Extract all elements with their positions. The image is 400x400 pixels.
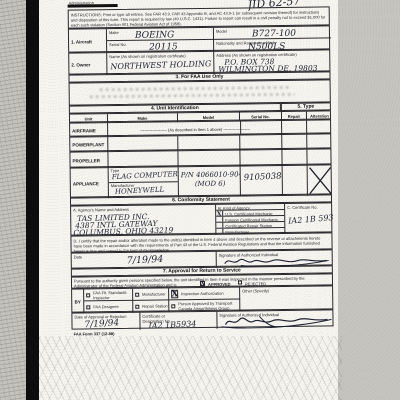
checkbox-rejected	[238, 280, 242, 284]
header-black-bar	[68, 4, 118, 8]
certificate-label: C. Certificate No.	[285, 203, 333, 211]
checkbox-repair-station-by	[135, 305, 139, 309]
conformity-date-value: 7/19/94	[126, 254, 163, 267]
checkbox-inspection-authorization: X	[171, 290, 178, 298]
faa-use-box	[69, 79, 331, 105]
conformity-row: A. Agency's Name and Address TAS LIMITED…	[70, 202, 332, 235]
by-cell-inspection-authorization: Inspection Authorization	[181, 291, 224, 297]
kind-of-agency-cell: B. Kind of Agency X U.S. Certificated Me…	[216, 204, 285, 235]
owner-name-value: NORTHWEST HOLDING CORP.	[110, 58, 214, 71]
owner-section: 2. Owner Name (As shown on registration …	[68, 49, 330, 74]
by-cell-manufacturer: Manufacturer	[142, 291, 166, 296]
approval-header-label: 7. Approval for Return to Service	[163, 268, 241, 275]
faded-stamp-line	[90, 93, 295, 99]
appliance-mfr-value: HONEYWELL	[115, 186, 165, 196]
appliance-type-value: FLAG COMPUTER	[112, 170, 178, 181]
owner-address-cell: Address (As shown on registration certif…	[214, 50, 331, 73]
aircraft-section-label-cell: 1. Aircraft	[69, 29, 107, 53]
approval-date-cell: Date of Approval or Rejection 7/19/94	[72, 313, 140, 331]
by-cell-faa-inspector: FAA Flt. Standards Inspector	[93, 290, 131, 301]
appliance-model-cell: P/N 4066010-904 (MOD 6)	[179, 167, 241, 198]
powerplant-row-label: POWERPLANT	[72, 142, 104, 147]
approval-cert-cell: Certificate or Designation No. IA2 1B593…	[140, 312, 217, 330]
x-mark-icon	[308, 165, 333, 195]
type-header-label: 5. Type	[297, 104, 314, 110]
by-cell-other: Other (Specify)	[242, 288, 269, 294]
appliance-serial-cell: 91050384	[241, 166, 283, 197]
owner-section-label-cell: 2. Owner	[69, 53, 107, 75]
agency-name-cell: A. Agency's Name and Address TAS LIMITED…	[71, 205, 216, 237]
checkbox-transport-canada	[171, 304, 175, 308]
approval-signature-cell: Signature of Authorized Individual	[217, 310, 334, 328]
scanner-noise	[30, 336, 342, 400]
owner-section-label: 2. Owner	[71, 62, 90, 67]
checkbox-manufacturer-by	[135, 293, 139, 297]
approval-cert-value: IA2 1B5934	[148, 319, 196, 330]
approval-by-table: BY FAA Flt. Standards Inspector Manufact…	[71, 285, 333, 312]
aircraft-model-value: B727-100	[252, 29, 296, 40]
appliance-serial-value: 91050384	[244, 171, 283, 183]
aircraft-make-value: BOEING	[135, 30, 174, 40]
certificate-value: IA2 1B 5934	[288, 213, 333, 226]
airframe-row-label: AIRFRAME	[72, 128, 96, 133]
conformity-header-label: 6. Conformity Statement	[172, 197, 230, 204]
unit-id-header-label: 4. Unit Identification	[151, 105, 199, 112]
appliance-row-label: APPLIANCE	[73, 181, 99, 186]
scanned-document: Administration JID 62-57 INSTRUCTIONS: P…	[0, 0, 400, 400]
approval-bottom-row: Date of Approval or Rejection 7/19/94 Ce…	[71, 309, 333, 329]
faded-stamp-line	[100, 86, 290, 91]
certificate-no-cell: C. Certificate No. IA2 1B 5934	[285, 203, 333, 234]
by-label: BY	[75, 299, 81, 304]
approval-date-value: 7/19/94	[84, 318, 119, 330]
checkbox-faa-designee	[86, 305, 90, 309]
appliance-repair-cell	[283, 166, 308, 196]
aircraft-section-label: 1. Aircraft	[71, 39, 92, 44]
by-cell-faa-designee: FAA Designee	[93, 304, 118, 309]
propeller-row-label: PROPELLER	[72, 158, 100, 163]
appliance-row: APPLIANCE Type FLAG COMPUTER Manufacture…	[70, 164, 332, 197]
aircraft-section: 1. Aircraft Make BOEING Model B727-100 S…	[68, 25, 330, 52]
faa-use-header-label: 3. For FAA Use Only	[176, 74, 224, 81]
signature-scribble-icon	[219, 313, 333, 328]
checkbox-approved: X	[200, 281, 205, 286]
appliance-make-cell: Type FLAG COMPUTER Manufacturer HONEYWEL…	[109, 167, 179, 198]
owner-name-cell: Name (As shown on registration certifica…	[107, 52, 214, 75]
by-cell-repair-station: Repair Station	[142, 303, 167, 308]
airframe-note: -------------------- (As described in It…	[140, 126, 250, 132]
checkbox-faa-inspector	[86, 293, 90, 297]
appliance-model-value: P/N 4066010-904	[181, 170, 241, 179]
appliance-model-note: (MOD 6)	[195, 180, 226, 188]
appliance-alteration-cell	[308, 165, 333, 195]
